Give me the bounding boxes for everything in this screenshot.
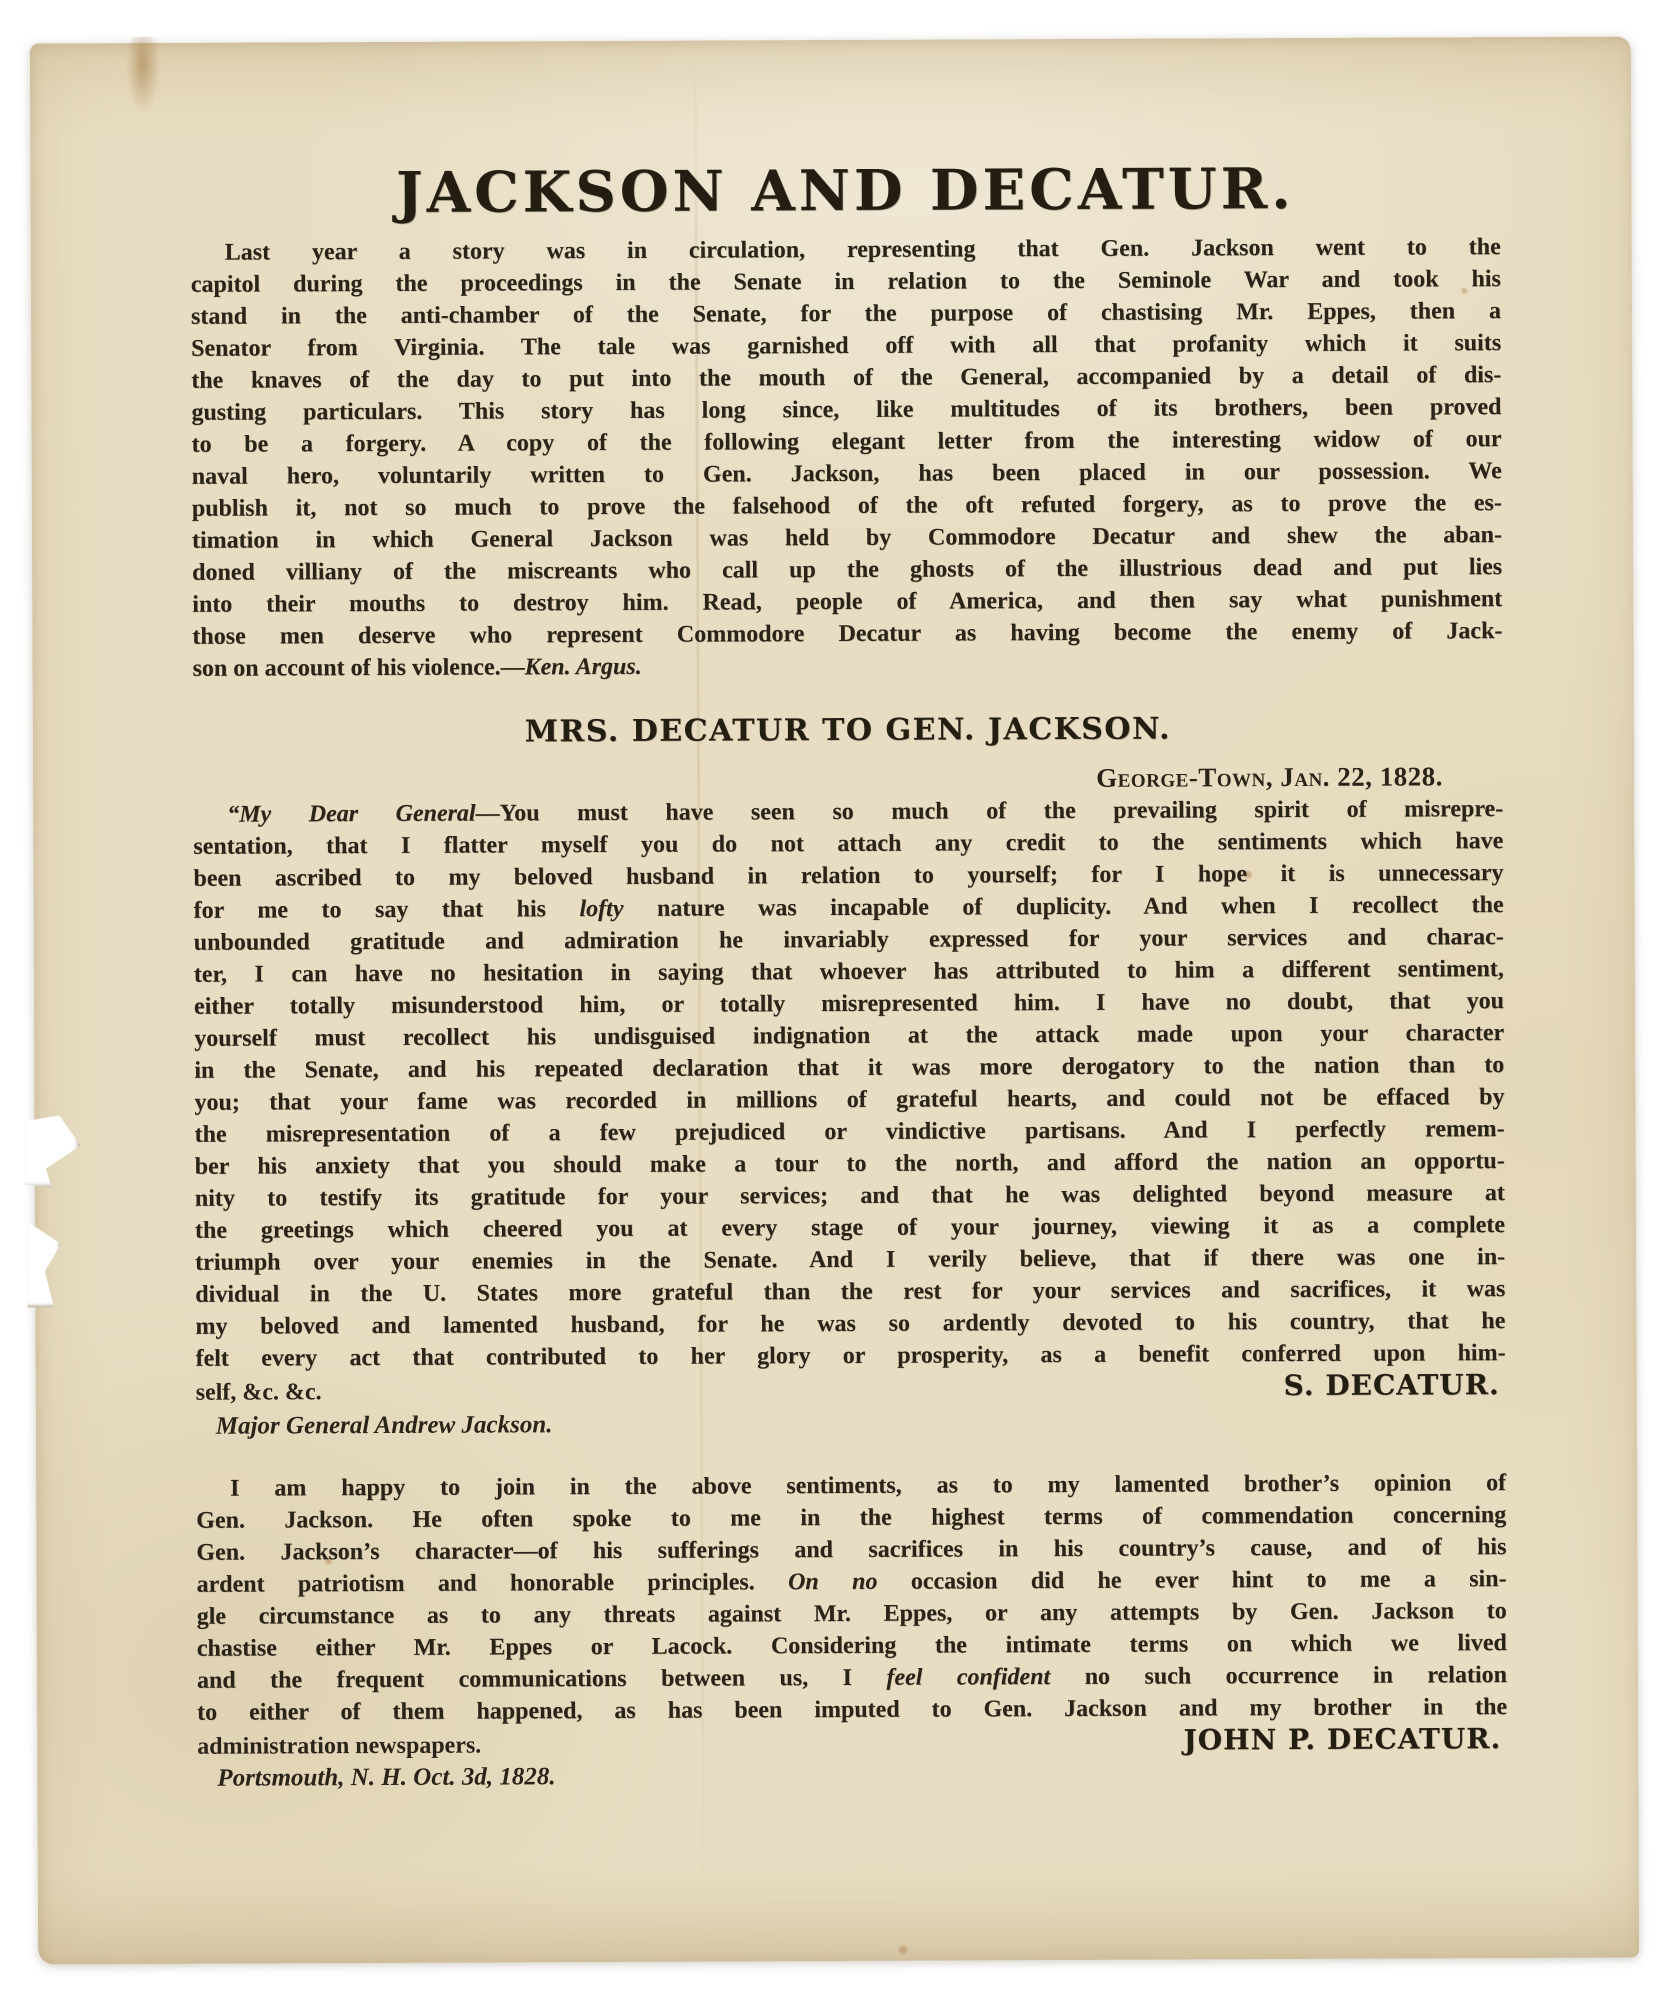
postscript-signature: JOHN P. DECATUR. [1183,1723,1507,1756]
letter-closing-line: self, &c. &c. S. DECATUR. [196,1369,1506,1409]
text-line: those men deserve who represent Commodor… [192,615,1502,653]
broadside-page: JACKSON AND DECATUR. Last year a story w… [30,37,1639,1965]
letter-body: “My Dear General—You must have seen so m… [193,793,1506,1375]
letter-addressee: Major General Andrew Jackson. [196,1405,1506,1443]
text-block: JACKSON AND DECATUR. Last year a story w… [190,37,1508,1795]
postscript-closing-line: administration newspapers. JOHN P. DECAT… [197,1723,1507,1763]
postscript-dateline: Portsmouth, N. H. Oct. 3d, 1828. [197,1757,1507,1795]
text-line: son on account of his violence.—Ken. Arg… [192,647,1502,685]
letter-closing-text: self, &c. &c. [196,1376,322,1409]
fox-spot [898,1945,908,1955]
scan-background: JACKSON AND DECATUR. Last year a story w… [0,0,1669,2000]
intro-paragraph: Last year a story was in circulation, re… [191,231,1503,685]
paper-stain [126,37,160,115]
letter-heading: MRS. DECATUR TO GEN. JACKSON. [193,711,1503,751]
letter-signature: S. DECATUR. [1284,1369,1506,1402]
document-title: JACKSON AND DECATUR. [190,155,1500,227]
postscript-body: I am happy to join in the above sentimen… [196,1467,1507,1729]
paper-tear [27,1221,61,1307]
letter-dateline: George-Town, Jan. 22, 1828. [193,761,1503,797]
postscript-closing-text: administration newspapers. [197,1730,481,1763]
paper-tear [24,1115,80,1187]
